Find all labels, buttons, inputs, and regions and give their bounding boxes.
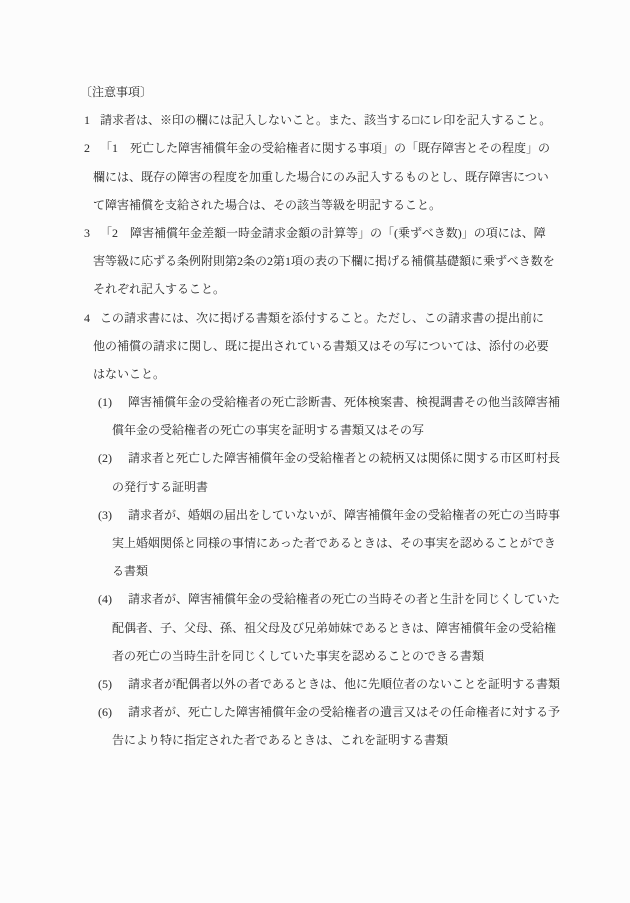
line-text: 「2 障害補償年金差額一時金請求金額の計算等」の「(乗ずべき数)」の項には、障 (100, 226, 546, 240)
line-marker: (1) (98, 388, 128, 416)
line-text: 請求者が、障害補償年金の受給権者の死亡の当時その者と生計を同じくしていた (128, 592, 560, 606)
doc-line: (2)請求者と死亡した障害補償年金の受給権者との続柄又は関係に関する市区町村長 (98, 444, 630, 472)
line-marker: (5) (98, 670, 128, 698)
line-marker: 2 (84, 134, 100, 162)
line-text: この請求書には、次に掲げる書類を添付すること。ただし、この請求書の提出前に (100, 311, 544, 325)
line-marker: (3) (98, 501, 128, 529)
doc-line: 配偶者、子、父母、孫、祖父母及び兄弟姉妹であるときは、障害補償年金の受給権 (112, 614, 630, 642)
doc-line: 1請求者は、※印の欄には記入しないこと。また、該当する□にレ印を記入すること。 (84, 106, 630, 134)
doc-line: 害等級に応ずる条例附則第2条の2第1項の表の下欄に掲げる補償基礎額に乗ずべき数を (93, 247, 630, 275)
line-text: 告により特に指定された者であるときは、これを証明する書類 (112, 733, 448, 747)
line-marker: 1 (84, 106, 100, 134)
line-text: 障害補償年金の受給権者の死亡診断書、死体検案書、検視調書その他当該障害補 (128, 395, 560, 409)
doc-line: 3「2 障害補償年金差額一時金請求金額の計算等」の「(乗ずべき数)」の項には、障 (84, 219, 630, 247)
document-body: 〔注意事項〕1請求者は、※印の欄には記入しないこと。また、該当する□にレ印を記入… (0, 78, 630, 755)
document-page: 〔注意事項〕1請求者は、※印の欄には記入しないこと。また、該当する□にレ印を記入… (0, 0, 630, 903)
doc-line: 実上婚姻関係と同様の事情にあった者であるときは、その事実を認めることができ (112, 529, 630, 557)
doc-line: 他の補償の請求に関し、既に提出されている書類又はその写については、添付の必要 (93, 332, 630, 360)
doc-line: 償年金の受給権者の死亡の事実を証明する書類又はその写 (112, 416, 630, 444)
doc-line: て障害補償を支給された場合は、その該当等級を明記すること。 (93, 191, 630, 219)
doc-line: 欄には、既存の障害の程度を加重した場合にのみ記入するものとし、既存障害につい (93, 163, 630, 191)
line-text: 請求者は、※印の欄には記入しないこと。また、該当する□にレ印を記入すること。 (100, 113, 551, 127)
line-text: て障害補償を支給された場合は、その該当等級を明記すること。 (93, 198, 441, 212)
line-text: 欄には、既存の障害の程度を加重した場合にのみ記入するものとし、既存障害につい (93, 170, 549, 184)
line-text: 請求者と死亡した障害補償年金の受給権者との続柄又は関係に関する市区町村長 (128, 451, 560, 465)
doc-line: はないこと。 (93, 360, 630, 388)
doc-line: る書類 (112, 557, 630, 585)
doc-line: 者の死亡の当時生計を同じくしていた事実を認めることのできる書類 (112, 642, 630, 670)
line-text: の発行する証明書 (112, 480, 208, 494)
line-text: 他の補償の請求に関し、既に提出されている書類又はその写については、添付の必要 (93, 339, 549, 353)
doc-line: (1)障害補償年金の受給権者の死亡診断書、死体検案書、検視調書その他当該障害補 (98, 388, 630, 416)
line-marker: (6) (98, 698, 128, 726)
doc-line: 告により特に指定された者であるときは、これを証明する書類 (112, 726, 630, 754)
line-text: 実上婚姻関係と同様の事情にあった者であるときは、その事実を認めることができ (112, 536, 556, 550)
line-text: 償年金の受給権者の死亡の事実を証明する書類又はその写 (112, 423, 424, 437)
line-marker: 3 (84, 219, 100, 247)
line-text: 請求者が配偶者以外の者であるときは、他に先順位者のないことを証明する書類 (128, 677, 560, 691)
notes-heading: 〔注意事項〕 (80, 78, 630, 106)
doc-line: (3)請求者が、婚姻の届出をしていないが、障害補償年金の受給権者の死亡の当時事 (98, 501, 630, 529)
line-text: 請求者が、婚姻の届出をしていないが、障害補償年金の受給権者の死亡の当時事 (128, 508, 560, 522)
doc-line: (6)請求者が、死亡した障害補償年金の受給権者の遺言又はその任命権者に対する予 (98, 698, 630, 726)
line-text: 配偶者、子、父母、孫、祖父母及び兄弟姉妹であるときは、障害補償年金の受給権 (112, 621, 556, 635)
line-text: 請求者が、死亡した障害補償年金の受給権者の遺言又はその任命権者に対する予 (128, 705, 560, 719)
line-text: 者の死亡の当時生計を同じくしていた事実を認めることのできる書類 (112, 649, 484, 663)
doc-line: それぞれ記入すること。 (93, 275, 630, 303)
line-marker: (2) (98, 444, 128, 472)
line-text: る書類 (112, 564, 148, 578)
line-marker: (4) (98, 585, 128, 613)
line-text: 〔注意事項〕 (80, 85, 152, 99)
doc-line: (5)請求者が配偶者以外の者であるときは、他に先順位者のないことを証明する書類 (98, 670, 630, 698)
line-text: それぞれ記入すること。 (93, 282, 225, 296)
doc-line: の発行する証明書 (112, 473, 630, 501)
doc-line: 2「1 死亡した障害補償年金の受給権者に関する事項」の「既存障害とその程度」の (84, 134, 630, 162)
line-text: 害等級に応ずる条例附則第2条の2第1項の表の下欄に掲げる補償基礎額に乗ずべき数を (93, 254, 555, 268)
line-marker: 4 (84, 304, 100, 332)
doc-line: 4この請求書には、次に掲げる書類を添付すること。ただし、この請求書の提出前に (84, 304, 630, 332)
doc-line: (4)請求者が、障害補償年金の受給権者の死亡の当時その者と生計を同じくしていた (98, 585, 630, 613)
line-text: 「1 死亡した障害補償年金の受給権者に関する事項」の「既存障害とその程度」の (100, 141, 550, 155)
line-text: はないこと。 (93, 367, 165, 381)
